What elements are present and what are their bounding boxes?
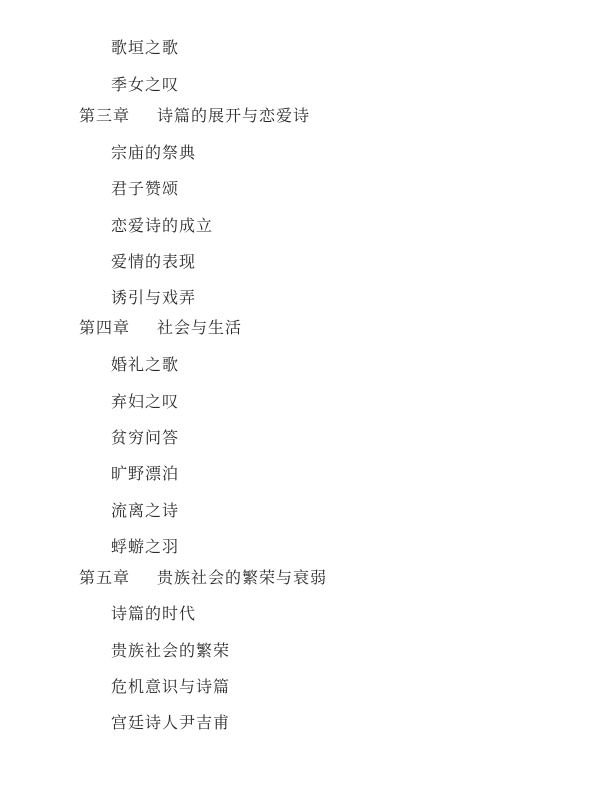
toc-chapter-heading[interactable]: 第四章社会与生活 — [79, 318, 242, 338]
chapter-title: 社会与生活 — [157, 318, 242, 337]
toc-item[interactable]: 危机意识与诗篇 — [111, 677, 230, 697]
toc-item[interactable]: 季女之叹 — [111, 75, 179, 95]
toc-item[interactable]: 贵族社会的繁荣 — [111, 641, 230, 661]
toc-item[interactable]: 歌垣之歌 — [111, 38, 179, 58]
toc-item[interactable]: 诗篇的时代 — [111, 604, 196, 624]
chapter-number: 第四章 — [79, 318, 157, 338]
toc-chapter-heading[interactable]: 第五章贵族社会的繁荣与衰弱 — [79, 568, 327, 588]
toc-item[interactable]: 爱情的表现 — [111, 252, 196, 272]
chapter-title: 贵族社会的繁荣与衰弱 — [157, 568, 327, 587]
toc-item[interactable]: 流离之诗 — [111, 501, 179, 521]
toc-item[interactable]: 君子赞颂 — [111, 179, 179, 199]
toc-item[interactable]: 弃妇之叹 — [111, 392, 179, 412]
toc-chapter-heading[interactable]: 第三章诗篇的展开与恋爱诗 — [79, 106, 310, 126]
toc-item[interactable]: 旷野漂泊 — [111, 464, 179, 484]
chapter-number: 第三章 — [79, 106, 157, 126]
chapter-number: 第五章 — [79, 568, 157, 588]
toc-item[interactable]: 蜉蝣之羽 — [111, 537, 179, 557]
toc-item[interactable]: 宗庙的祭典 — [111, 143, 196, 163]
toc-item[interactable]: 诱引与戏弄 — [111, 288, 196, 308]
toc-item[interactable]: 宫廷诗人尹吉甫 — [111, 713, 230, 733]
toc-item[interactable]: 婚礼之歌 — [111, 355, 179, 375]
table-of-contents: 歌垣之歌 季女之叹 第三章诗篇的展开与恋爱诗 宗庙的祭典 君子赞颂 恋爱诗的成立… — [0, 0, 600, 800]
toc-item[interactable]: 恋爱诗的成立 — [111, 216, 213, 236]
toc-item[interactable]: 贫穷问答 — [111, 428, 179, 448]
chapter-title: 诗篇的展开与恋爱诗 — [157, 106, 310, 125]
